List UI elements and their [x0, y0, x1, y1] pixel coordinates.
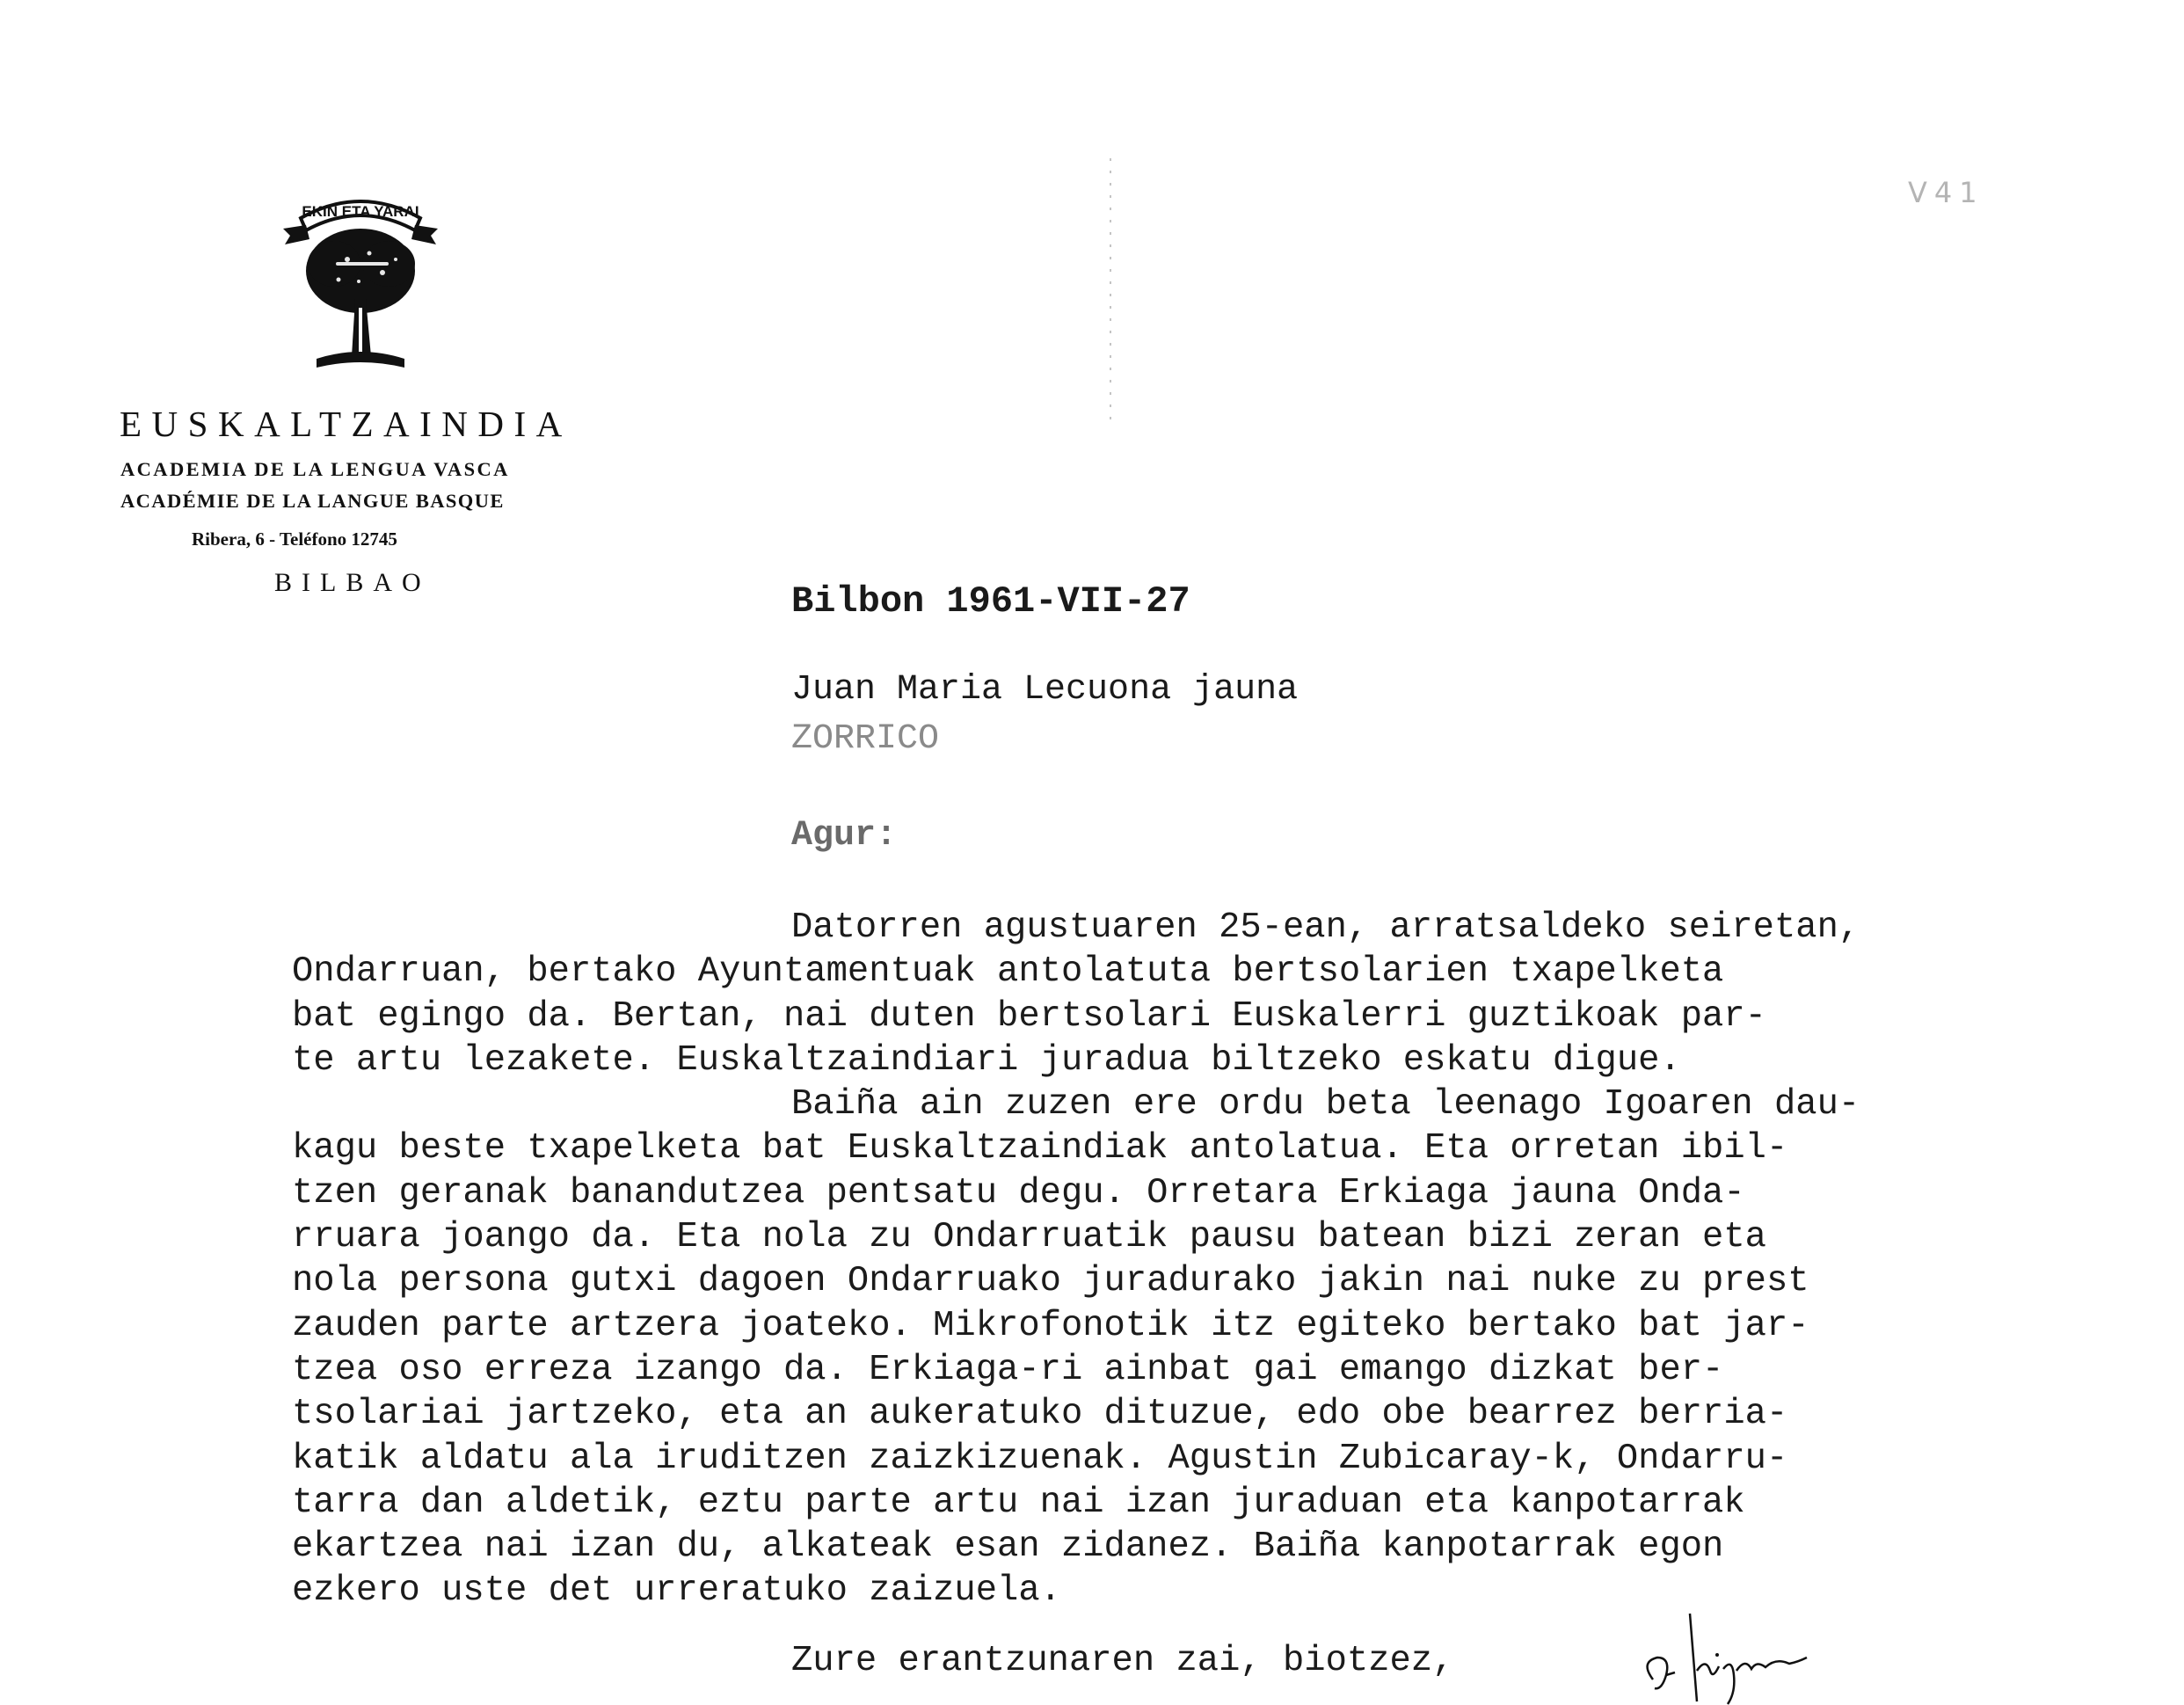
letter-body-line: ekartzea nai izan du, alkateak esan zida… [292, 1525, 2173, 1569]
handwritten-signature-icon [1635, 1609, 1899, 1705]
svg-text:EKIN ETA YARAI: EKIN ETA YARAI [302, 203, 419, 220]
archive-reference-mark: V41 [1908, 176, 1984, 209]
letter-body-line: tzea oso erreza izango da. Erkiaga-ri ai… [292, 1348, 2173, 1392]
paper-fold-mark [1110, 158, 1111, 422]
organization-name: EUSKALTZAINDIA [120, 403, 572, 445]
oak-tree-emblem-icon: EKIN ETA YARAI [264, 176, 457, 374]
letter-body-line: bat egingo da. Bertan, nai duten bertsol… [292, 995, 2173, 1038]
letter-body-line: tzen geranak banandutzea pentsatu degu. … [292, 1171, 2173, 1215]
salutation: Agur: [791, 816, 897, 856]
organization-subtitle-french: ACADÉMIE DE LA LANGUE BASQUE [120, 490, 505, 513]
letter-page: EKIN ETA YARAI EUSKALTZAINDIA ACADEMIA D… [0, 0, 2184, 1705]
letter-body-line: Ondarruan, bertako Ayuntamentuak antolat… [292, 950, 2173, 994]
letter-date: Bilbon 1961-VII-27 [791, 580, 1190, 623]
recipient-name: Juan Maria Lecuona jauna [791, 670, 1298, 710]
letter-body: Datorren agustuaren 25-ean, arratsaldeko… [292, 906, 2173, 1614]
letter-body-line: Datorren agustuaren 25-ean, arratsaldeko… [292, 906, 2173, 950]
letter-body-line: nola persona gutxi dagoen Ondarruako jur… [292, 1259, 2173, 1303]
letter-body-line: ezkero uste det urreratuko zaizuela. [292, 1569, 2173, 1613]
letter-body-line: rruara joango da. Eta nola zu Ondarruati… [292, 1215, 2173, 1259]
organization-city: BILBAO [274, 568, 431, 598]
organization-address: Ribera, 6 - Teléfono 12745 [192, 528, 397, 550]
letter-body-line: katik aldatu ala iruditzen zaizkizuenak.… [292, 1437, 2173, 1481]
letter-body-line: kagu beste txapelketa bat Euskaltzaindia… [292, 1126, 2173, 1170]
letter-body-line: zauden parte artzera joateko. Mikrofonot… [292, 1304, 2173, 1348]
organization-subtitle-spanish: ACADEMIA DE LA LENGUA VASCA [120, 458, 510, 481]
letter-body-line: tsolariai jartzeko, eta an aukeratuko di… [292, 1392, 2173, 1436]
closing-line: Zure erantzunaren zai, biotzez, [791, 1641, 1453, 1681]
recipient-location: ZORRICO [791, 719, 939, 759]
letter-body-line: te artu lezakete. Euskaltzaindiari jurad… [292, 1038, 2173, 1082]
letter-body-line: Baiña ain zuzen ere ordu beta leenago Ig… [292, 1082, 2173, 1126]
letter-body-line: tarra dan aldetik, eztu parte artu nai i… [292, 1481, 2173, 1525]
